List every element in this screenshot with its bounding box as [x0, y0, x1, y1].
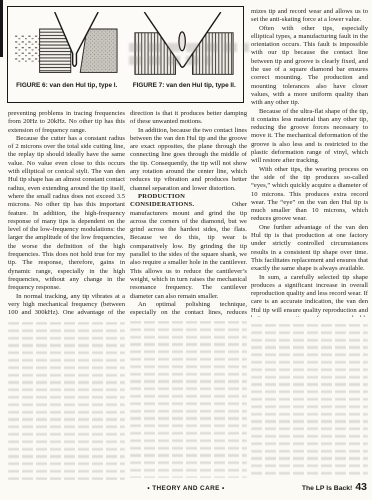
paragraph: In sum, a carefully selected tip shape p…	[251, 274, 368, 318]
paragraph: Because of the ultra-flat shape of the t…	[251, 108, 368, 166]
paragraph: With other tips, the wearing process on …	[251, 166, 368, 224]
bleedthrough-text-block	[251, 324, 368, 477]
stylus-groove-type1-diagram	[13, 12, 121, 80]
vinyl-debris-stipple	[15, 35, 40, 63]
paragraph: preventing problems in tracing frequenci…	[8, 110, 125, 135]
text-column-2: direction is that it produces better dam…	[130, 110, 247, 316]
text-column-3: mizes tip and record wear and allows us …	[251, 8, 368, 317]
figure-box: FIGURE 6: van den Hul tip, type I. FIGUR…	[7, 6, 244, 103]
page-number: 43	[355, 481, 367, 493]
run-in-heading: PRODUCTION CONSIDERATIONS.	[130, 193, 194, 208]
paragraph: One further advantage of the van den Hul…	[251, 224, 368, 274]
paragraph: An optimal polishing technique, especial…	[130, 301, 247, 316]
bleedthrough-text-block	[8, 322, 125, 480]
paragraph-production-considerations: PRODUCTION CONSIDERATIONS. Other manufac…	[130, 193, 247, 301]
footer-page-info: The LP Is Back! 43	[302, 481, 367, 493]
figure-7-caption: FIGURE 7: van den Hul tip, type II.	[133, 82, 236, 89]
publication-title: The LP Is Back!	[302, 485, 353, 492]
paragraph: direction is that it produces better dam…	[130, 110, 247, 127]
text-column-1: preventing problems in tracing frequenci…	[8, 110, 125, 316]
figure-6-panel: FIGURE 6: van den Hul tip, type I.	[8, 7, 126, 102]
figure-7-panel: FIGURE 7: van den Hul tip, type II.	[126, 7, 244, 102]
bleedthrough-text-block	[130, 321, 247, 478]
paragraph: In normal tracking, any tip vibrates at …	[8, 293, 125, 316]
contact-line-oval	[179, 32, 185, 51]
paragraph: mizes tip and record wear and allows us …	[251, 8, 368, 25]
paragraph: In addition, because the two contact lin…	[130, 127, 247, 193]
figure-6-caption: FIGURE 6: van den Hul tip, type I.	[16, 82, 117, 89]
paragraph: Often with other tips, especially ellipt…	[251, 25, 368, 108]
magazine-page: FIGURE 6: van den Hul tip, type I. FIGUR…	[0, 0, 372, 500]
paragraph: Because the cutter has a constant radius…	[8, 135, 125, 293]
paragraph-text: Other manufacturers mount and grind the …	[130, 201, 247, 299]
stylus-groove-type2-diagram	[130, 12, 238, 80]
scan-edge-bar	[0, 0, 3, 57]
